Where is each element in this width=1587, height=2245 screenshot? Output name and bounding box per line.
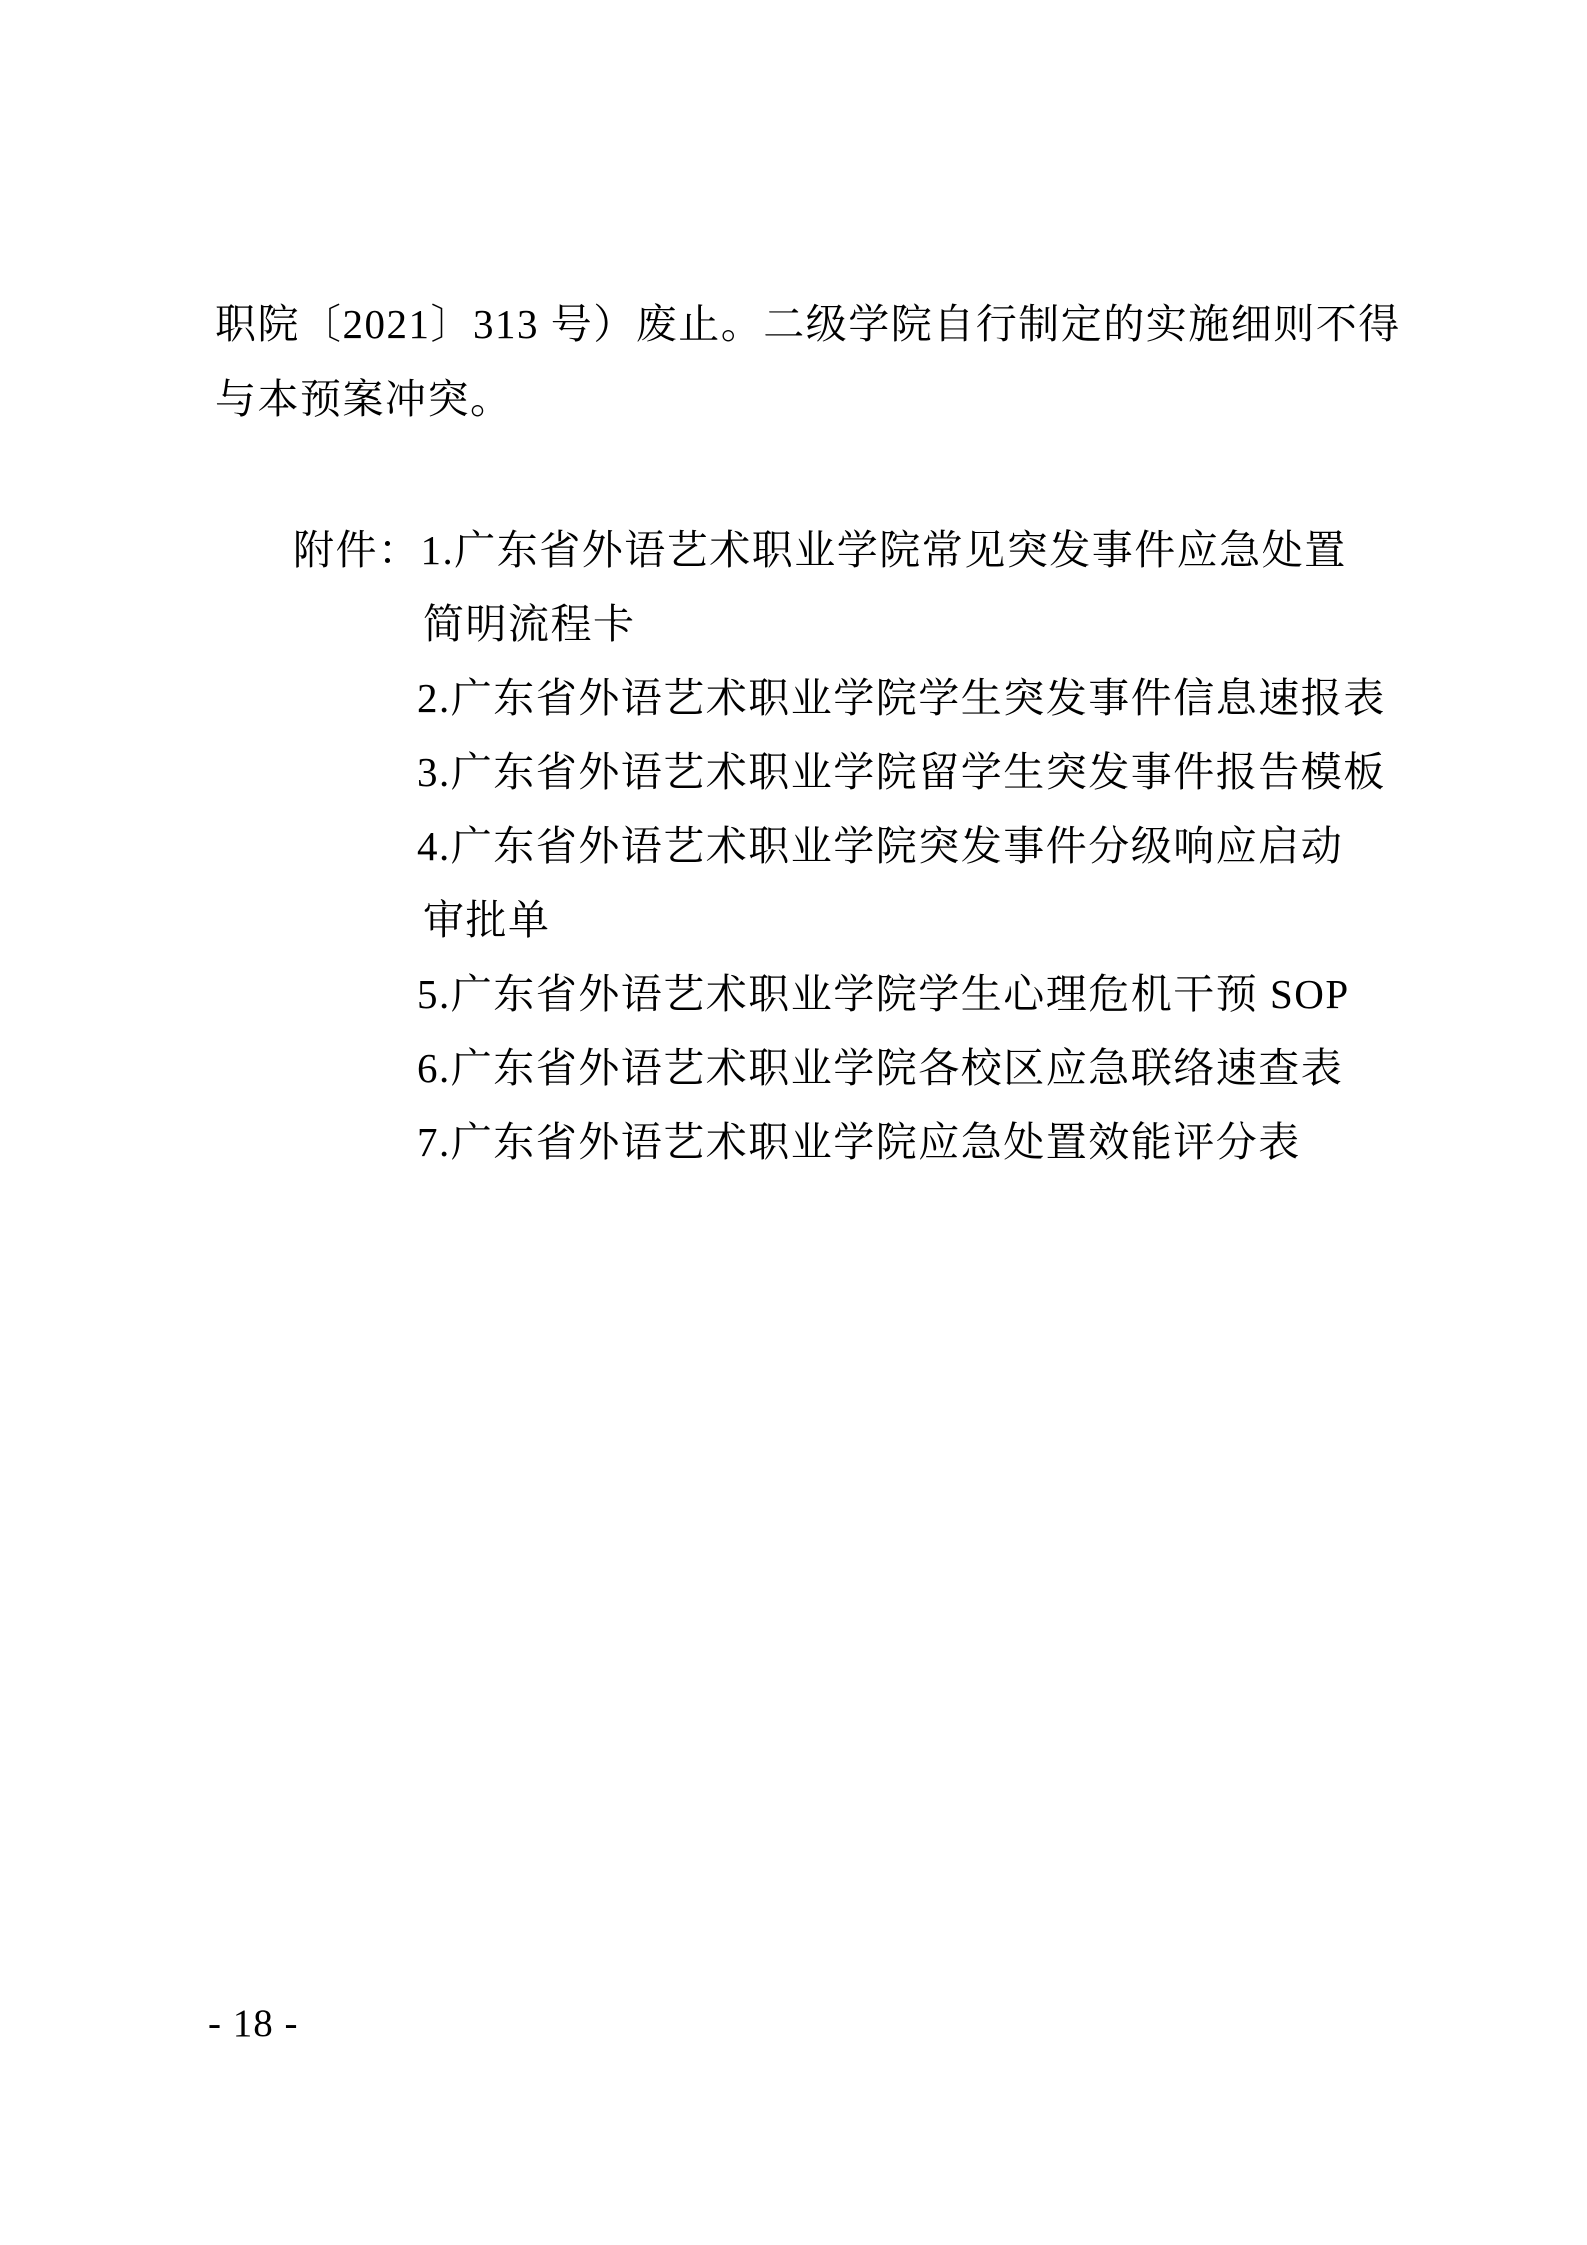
attachment-item-2: 2.广东省外语艺术职业学院学生突发事件信息速报表 <box>417 661 1386 735</box>
document-page: 职院〔2021〕313 号）废止。二级学院自行制定的实施细则不得 与本预案冲突。… <box>0 0 1587 2245</box>
paragraph-line-2: 与本预案冲突。 <box>215 362 1401 437</box>
attachment-item-1: 1.广东省外语艺术职业学院常见突发事件应急处置 <box>421 527 1347 573</box>
attachment-item-4-continuation: 审批单 <box>423 883 1386 957</box>
page-number: - 18 - <box>208 2001 298 2046</box>
attachment-item-6: 6.广东省外语艺术职业学院各校区应急联络速查表 <box>417 1031 1386 1105</box>
body-paragraph: 职院〔2021〕313 号）废止。二级学院自行制定的实施细则不得 与本预案冲突。 <box>215 287 1401 437</box>
attachment-item-7: 7.广东省外语艺术职业学院应急处置效能评分表 <box>417 1105 1386 1179</box>
attachment-item-5: 5.广东省外语艺术职业学院学生心理危机干预 SOP <box>417 957 1386 1031</box>
attachment-item-3: 3.广东省外语艺术职业学院留学生突发事件报告模板 <box>417 735 1386 809</box>
paragraph-line-1: 职院〔2021〕313 号）废止。二级学院自行制定的实施细则不得 <box>215 287 1401 362</box>
attachments-first-line: 附件：1.广东省外语艺术职业学院常见突发事件应急处置 <box>293 513 1386 587</box>
attachments-block: 附件：1.广东省外语艺术职业学院常见突发事件应急处置 简明流程卡 2.广东省外语… <box>293 513 1386 1179</box>
attachment-item-1-continuation: 简明流程卡 <box>423 587 1386 661</box>
attachments-label: 附件： <box>293 527 421 573</box>
attachment-item-4: 4.广东省外语艺术职业学院突发事件分级响应启动 <box>417 809 1386 883</box>
